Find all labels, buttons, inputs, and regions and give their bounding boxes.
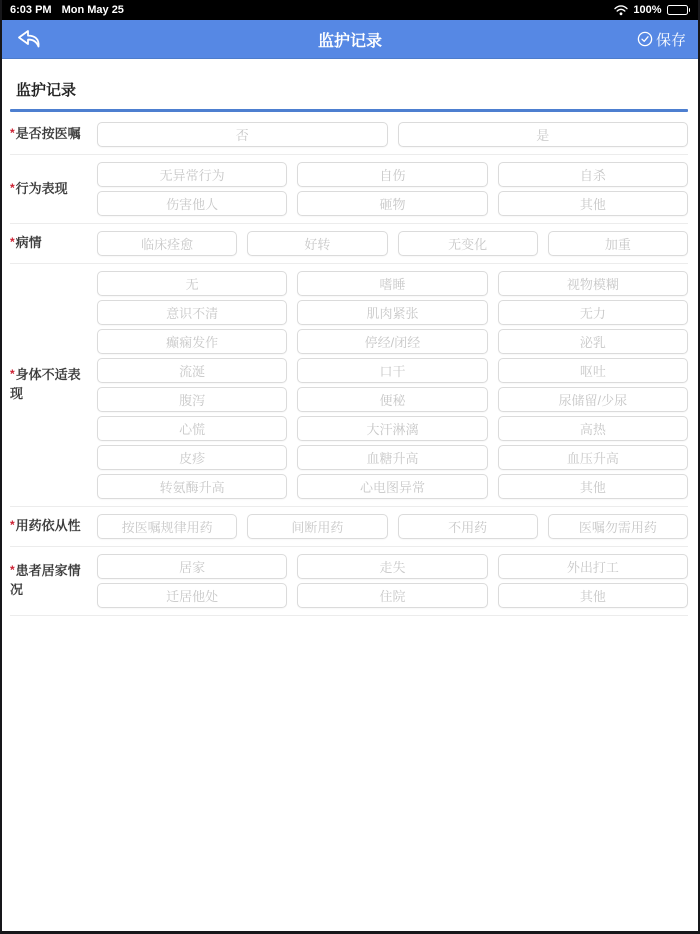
nav-bar: 监护记录 保存 — [2, 20, 698, 59]
option-button[interactable]: 其他 — [498, 474, 688, 499]
option-button[interactable]: 心电图异常 — [297, 474, 487, 499]
option-button[interactable]: 砸物 — [297, 191, 487, 216]
option-button[interactable]: 医嘱勿需用药 — [548, 514, 688, 539]
content-heading: 监护记录 — [16, 79, 688, 100]
option-button[interactable]: 伤害他人 — [97, 191, 287, 216]
option-button[interactable]: 停经/闭经 — [297, 329, 487, 354]
option-button[interactable]: 泌乳 — [498, 329, 688, 354]
field-label: *是否按医嘱 — [10, 125, 97, 144]
form-section-row: *病情临床痊愈好转无变化加重 — [10, 231, 688, 256]
option-button[interactable]: 视物模糊 — [498, 271, 688, 296]
option-button[interactable]: 心慌 — [97, 416, 287, 441]
status-date: Mon May 25 — [62, 4, 124, 16]
option-button[interactable]: 加重 — [548, 231, 688, 256]
form-section-row: *行为表现无异常行为自伤自杀伤害他人砸物其他 — [10, 162, 688, 216]
option-button[interactable]: 按医嘱规律用药 — [97, 514, 237, 539]
section-divider — [10, 263, 688, 264]
option-button[interactable]: 住院 — [297, 583, 487, 608]
back-arrow-icon — [16, 28, 42, 50]
required-marker: * — [10, 518, 15, 532]
status-time: 6:03 PM — [10, 4, 52, 16]
option-button[interactable]: 无力 — [498, 300, 688, 325]
battery-percent: 100% — [633, 4, 661, 16]
option-button[interactable]: 其他 — [498, 191, 688, 216]
option-button[interactable]: 口干 — [297, 358, 487, 383]
options-grid: 无异常行为自伤自杀伤害他人砸物其他 — [97, 162, 688, 216]
option-button[interactable]: 间断用药 — [247, 514, 387, 539]
field-label: *用药依从性 — [10, 517, 97, 536]
option-button[interactable]: 便秘 — [297, 387, 487, 412]
option-button[interactable]: 呕吐 — [498, 358, 688, 383]
field-label: *行为表现 — [10, 180, 97, 199]
section-divider — [10, 154, 688, 155]
content-area: 监护记录 *是否按医嘱否是*行为表现无异常行为自伤自杀伤害他人砸物其他*病情临床… — [2, 59, 698, 931]
back-button[interactable] — [14, 26, 44, 52]
field-label-text: 用药依从性 — [16, 518, 81, 533]
status-bar: 6:03 PM Mon May 25 100% — [2, 0, 698, 20]
required-marker: * — [10, 235, 15, 249]
option-button[interactable]: 血糖升高 — [297, 445, 487, 470]
option-button[interactable]: 自杀 — [498, 162, 688, 187]
section-divider — [10, 506, 688, 507]
options-grid: 居家走失外出打工迁居他处住院其他 — [97, 554, 688, 608]
battery-icon — [667, 5, 691, 15]
required-marker: * — [10, 367, 15, 381]
option-button[interactable]: 流涎 — [97, 358, 287, 383]
option-button[interactable]: 无异常行为 — [97, 162, 287, 187]
options-grid: 无嗜睡视物模糊意识不清肌肉紧张无力癫痫发作停经/闭经泌乳流涎口干呕吐腹泻便秘尿储… — [97, 271, 688, 499]
check-circle-icon — [637, 31, 653, 47]
option-button[interactable]: 肌肉紧张 — [297, 300, 487, 325]
required-marker: * — [10, 563, 15, 577]
save-label: 保存 — [656, 29, 686, 50]
form-section-row: *用药依从性按医嘱规律用药间断用药不用药医嘱勿需用药 — [10, 514, 688, 539]
field-label-text: 行为表现 — [16, 181, 68, 196]
option-button[interactable]: 转氨酶升高 — [97, 474, 287, 499]
option-button[interactable]: 是 — [398, 122, 689, 147]
option-button[interactable]: 外出打工 — [498, 554, 688, 579]
options-grid: 临床痊愈好转无变化加重 — [97, 231, 688, 256]
option-button[interactable]: 其他 — [498, 583, 688, 608]
form-sections: *是否按医嘱否是*行为表现无异常行为自伤自杀伤害他人砸物其他*病情临床痊愈好转无… — [10, 122, 688, 616]
option-button[interactable]: 好转 — [247, 231, 387, 256]
section-divider — [10, 223, 688, 224]
form-section-row: *患者居家情况居家走失外出打工迁居他处住院其他 — [10, 554, 688, 608]
option-button[interactable]: 大汗淋漓 — [297, 416, 487, 441]
option-button[interactable]: 无变化 — [398, 231, 538, 256]
option-button[interactable]: 迁居他处 — [97, 583, 287, 608]
field-label: *身体不适表现 — [10, 366, 97, 404]
option-button[interactable]: 否 — [97, 122, 388, 147]
options-grid: 否是 — [97, 122, 688, 147]
section-divider — [10, 615, 688, 616]
required-marker: * — [10, 181, 15, 195]
option-button[interactable]: 皮疹 — [97, 445, 287, 470]
section-divider — [10, 546, 688, 547]
option-button[interactable]: 走失 — [297, 554, 487, 579]
form-section-row: *是否按医嘱否是 — [10, 122, 688, 147]
page-title: 监护记录 — [2, 28, 698, 51]
option-button[interactable]: 无 — [97, 271, 287, 296]
form-section-row: *身体不适表现无嗜睡视物模糊意识不清肌肉紧张无力癫痫发作停经/闭经泌乳流涎口干呕… — [10, 271, 688, 499]
option-button[interactable]: 高热 — [498, 416, 688, 441]
option-button[interactable]: 不用药 — [398, 514, 538, 539]
option-button[interactable]: 腹泻 — [97, 387, 287, 412]
option-button[interactable]: 自伤 — [297, 162, 487, 187]
option-button[interactable]: 癫痫发作 — [97, 329, 287, 354]
option-button[interactable]: 意识不清 — [97, 300, 287, 325]
field-label: *患者居家情况 — [10, 562, 97, 600]
option-button[interactable]: 居家 — [97, 554, 287, 579]
option-button[interactable]: 临床痊愈 — [97, 231, 237, 256]
app-screen: 6:03 PM Mon May 25 100% — [0, 0, 700, 934]
field-label: *病情 — [10, 234, 97, 253]
option-button[interactable]: 血压升高 — [498, 445, 688, 470]
field-label-text: 病情 — [16, 235, 42, 250]
option-button[interactable]: 嗜睡 — [297, 271, 487, 296]
heading-divider — [10, 109, 688, 112]
field-label-text: 身体不适表现 — [10, 367, 81, 401]
save-button[interactable]: 保存 — [637, 27, 686, 52]
required-marker: * — [10, 126, 15, 140]
option-button[interactable]: 尿储留/少尿 — [498, 387, 688, 412]
wifi-icon — [614, 5, 628, 16]
options-grid: 按医嘱规律用药间断用药不用药医嘱勿需用药 — [97, 514, 688, 539]
field-label-text: 患者居家情况 — [10, 563, 81, 597]
field-label-text: 是否按医嘱 — [16, 126, 81, 141]
